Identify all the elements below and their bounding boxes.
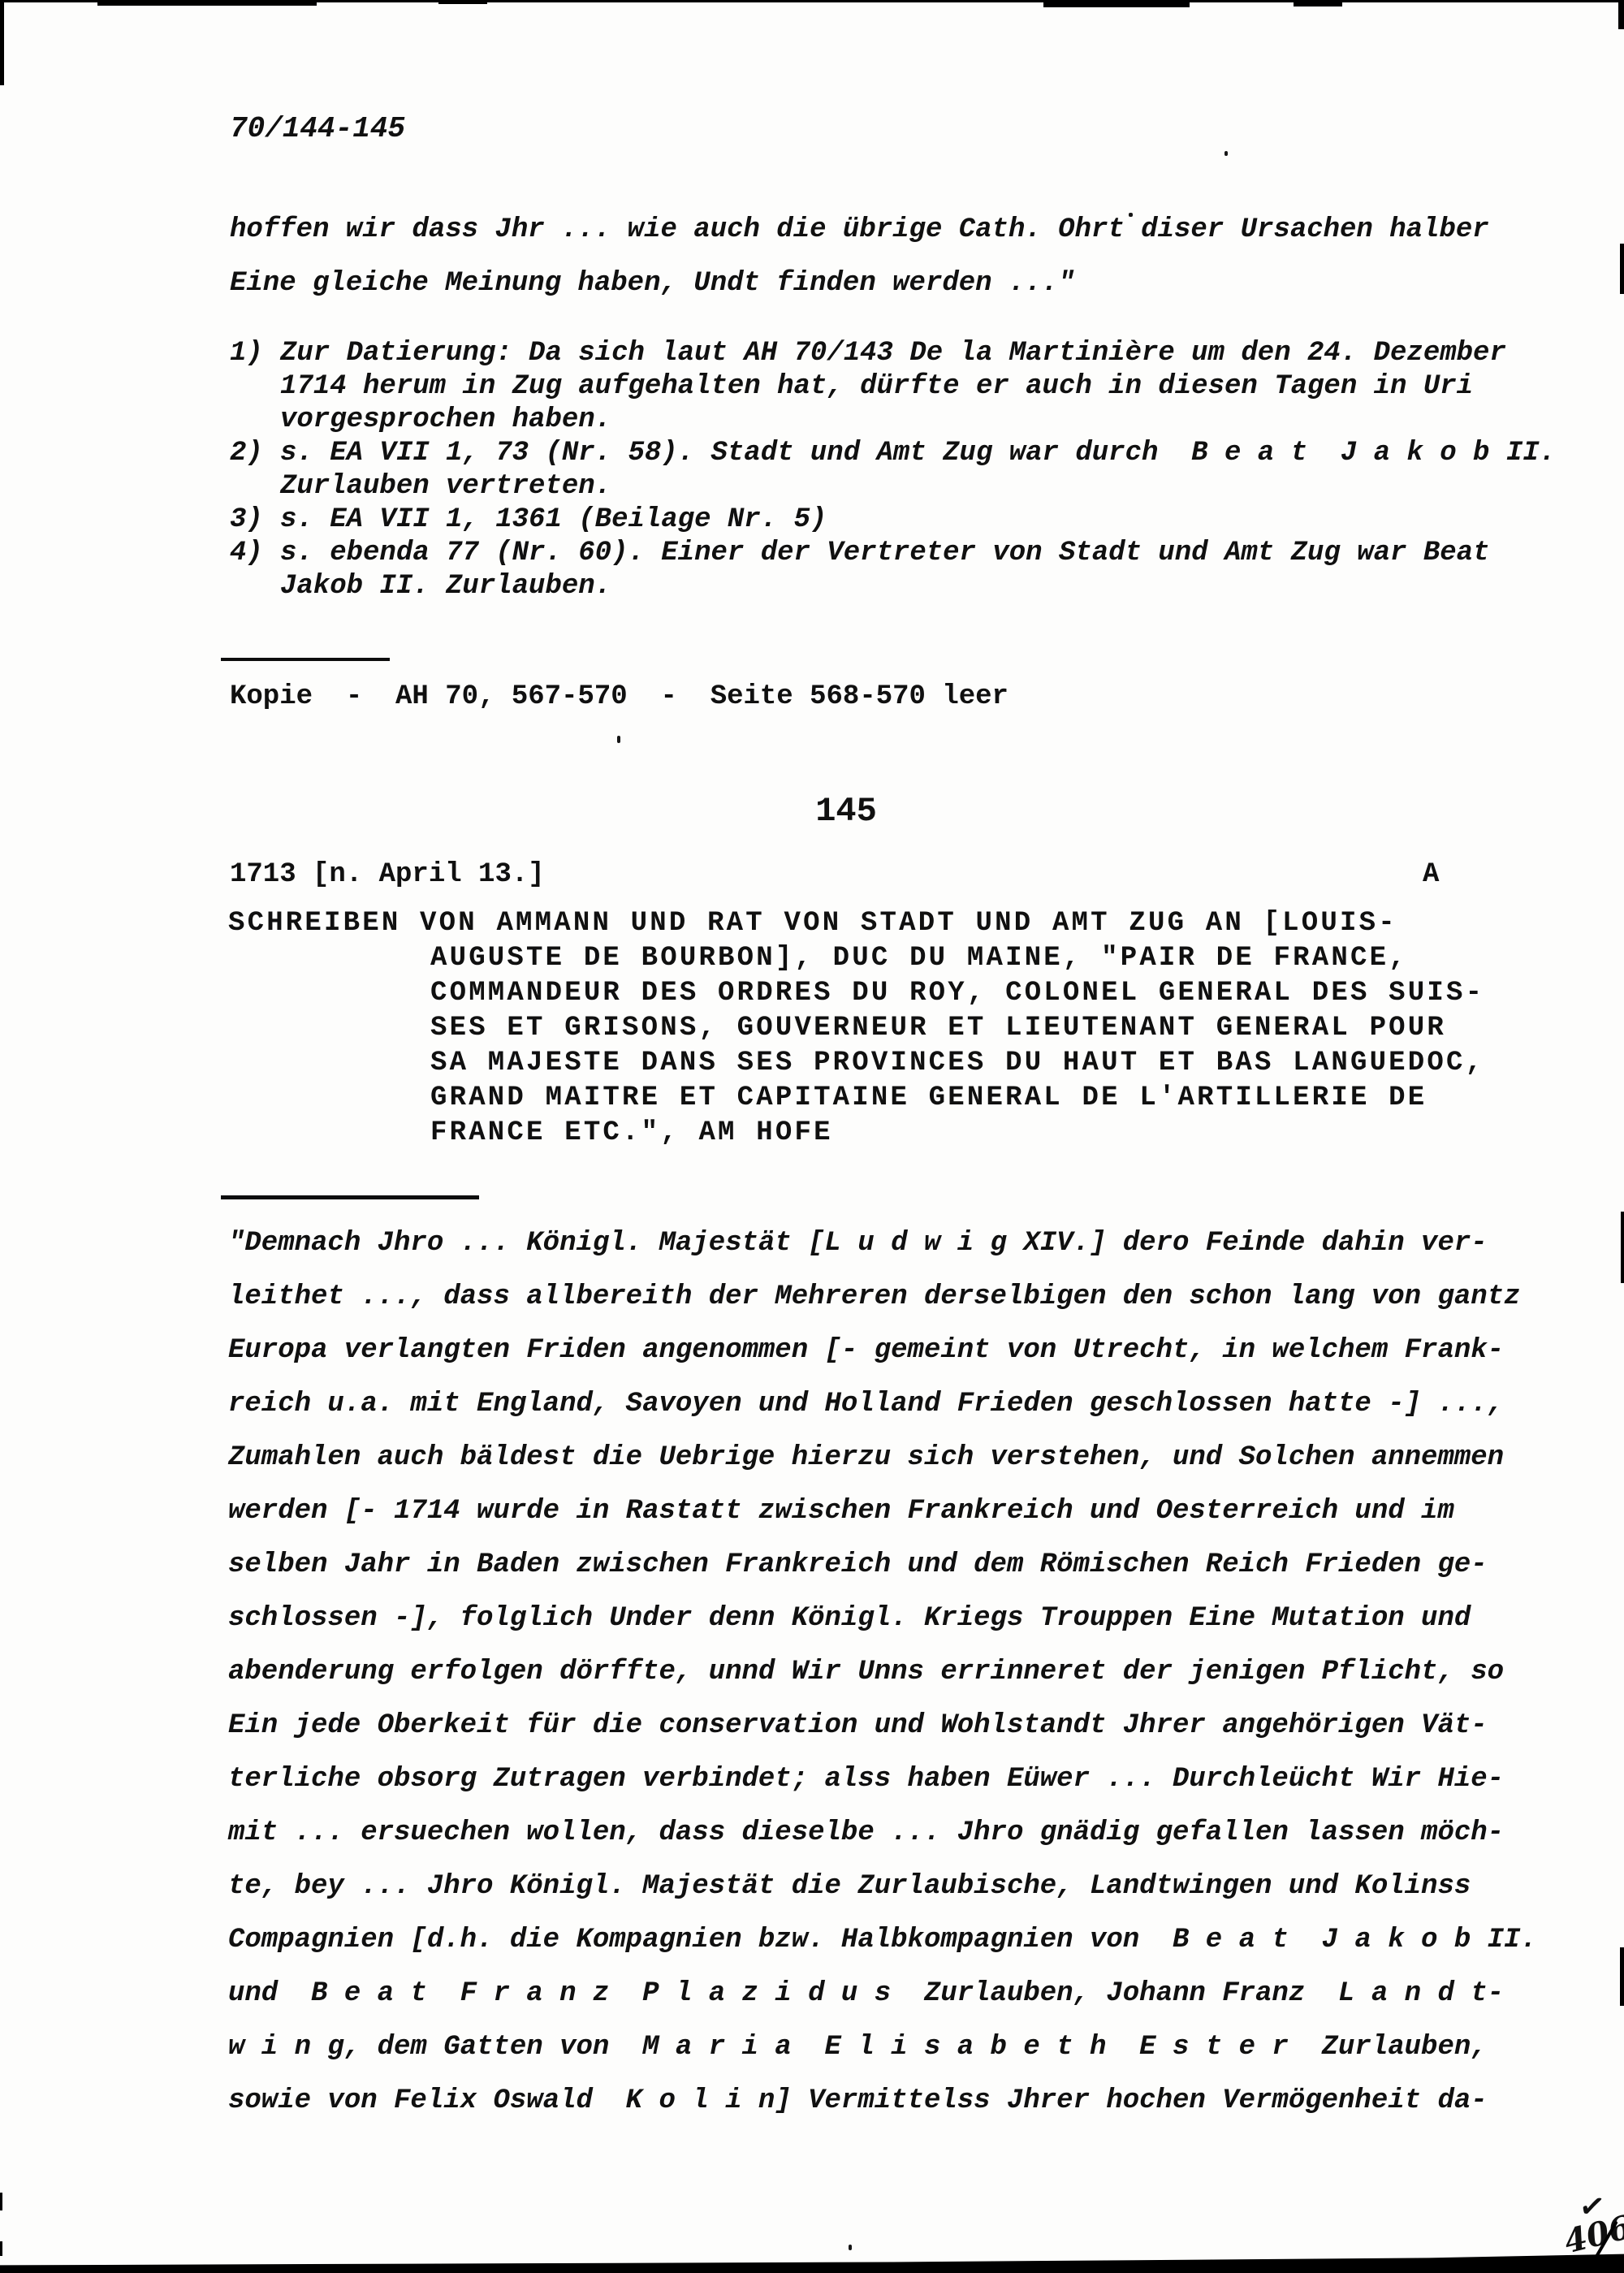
intro-quote-line: hoffen wir dass Jhr ... wie auch die übr… (230, 203, 1489, 257)
footnote-marker: 4) (230, 537, 280, 570)
quote-line: selben Jahr in Baden zwischen Frankreich… (228, 1538, 1537, 1592)
footnote-marker: 3) (230, 503, 280, 537)
quote-line: Compagnien [d.h. die Kompagnien bzw. Hal… (228, 1913, 1537, 1967)
quote-line: Zumahlen auch bäldest die Uebrige hierzu… (228, 1431, 1537, 1484)
heading-line: FRANCE ETC.", AM HOFE (430, 1116, 1484, 1151)
footnote-1: 1)Zur Datierung: Da sich laut AH 70/143 … (230, 337, 1556, 437)
footnote-line: Zurlauben vertreten. (280, 470, 1556, 503)
scan-artifact-top-segment (97, 0, 317, 6)
scan-artifact-right-edge (1620, 1947, 1624, 2006)
scan-speck (849, 2245, 852, 2250)
heading-line: AUGUSTE DE BOURBON], DUC DU MAINE, "PAIR… (430, 941, 1484, 976)
intro-quote-line: Eine gleiche Meinung haben, Undt finden … (230, 257, 1489, 310)
scan-artifact-left-mark (0, 2241, 2, 2256)
date-line: 1713 [n. April 13.] (230, 859, 545, 890)
entry-number: 145 (806, 793, 887, 830)
scan-artifact-right-edge (1621, 1212, 1624, 1283)
heading-line: COMMANDEUR DES ORDRES DU ROY, COLONEL GE… (430, 976, 1484, 1011)
scan-speck (1224, 151, 1228, 156)
divider-rule-quote (221, 1195, 479, 1199)
heading-line: SA MAJESTE DANS SES PROVINCES DU HAUT ET… (430, 1046, 1484, 1081)
footnote-line: 1)Zur Datierung: Da sich laut AH 70/143 … (230, 337, 1556, 370)
document-heading: SCHREIBEN VON AMMANN UND RAT VON STADT U… (228, 906, 1484, 1151)
footnote-line: Jakob II. Zurlauben. (280, 570, 1556, 603)
footnote-text: s. EA VII 1, 73 (Nr. 58). Stadt und Amt … (280, 438, 1556, 469)
footnote-line: 1714 herum in Zug aufgehalten hat, dürft… (280, 370, 1556, 404)
quote-line: sowie von Felix Oswald K o l i n] Vermit… (228, 2074, 1537, 2128)
footnote-line: vorgesprochen haben. (280, 404, 1556, 437)
footnote-text: s. EA VII 1, 1361 (Beilage Nr. 5) (280, 504, 827, 535)
main-quote: "Demnach Jhro ... Königl. Majestät [L u … (228, 1216, 1537, 2128)
footnote-marker: 2) (230, 437, 280, 470)
quote-line: "Demnach Jhro ... Königl. Majestät [L u … (228, 1216, 1537, 1270)
scan-artifact-bottom-edge (0, 2249, 1624, 2273)
footnote-text: Zur Datierung: Da sich laut AH 70/143 De… (280, 338, 1506, 369)
footnote-4: 4)s. ebenda 77 (Nr. 60). Einer der Vertr… (230, 537, 1556, 603)
quote-line: werden [- 1714 wurde in Rastatt zwischen… (228, 1484, 1537, 1538)
footnote-2: 2)s. EA VII 1, 73 (Nr. 58). Stadt und Am… (230, 437, 1556, 503)
quote-line: Europa verlangten Friden angenommen [- g… (228, 1324, 1537, 1377)
scan-artifact-top-segment (1043, 0, 1190, 7)
archive-reference: 70/144-145 (230, 114, 405, 145)
source-copy-line: Kopie - AH 70, 567-570 - Seite 568-570 l… (230, 681, 1009, 713)
handwritten-folio-number: 406 (1561, 2208, 1624, 2262)
quote-line: terliche obsorg Zutragen verbindet; alss… (228, 1752, 1537, 1806)
quote-line: te, bey ... Jhro Königl. Majestät die Zu… (228, 1860, 1537, 1913)
quote-line: leithet ..., dass allbereith der Mehrere… (228, 1270, 1537, 1324)
scan-artifact-left-edge (0, 0, 4, 85)
quote-line: w i n g, dem Gatten von M a r i a E l i … (228, 2020, 1537, 2074)
quote-line: reich u.a. mit England, Savoyen und Holl… (228, 1377, 1537, 1431)
footnote-3: 3)s. EA VII 1, 1361 (Beilage Nr. 5) (230, 503, 1556, 537)
heading-line: GRAND MAITRE ET CAPITAINE GENERAL DE L'A… (430, 1081, 1484, 1116)
footnotes: 1)Zur Datierung: Da sich laut AH 70/143 … (230, 337, 1556, 603)
footnote-marker: 1) (230, 337, 280, 370)
scan-artifact-left-mark (0, 2193, 2, 2210)
quote-line: mit ... ersuechen wollen, dass dieselbe … (228, 1806, 1537, 1860)
footnote-line: 2)s. EA VII 1, 73 (Nr. 58). Stadt und Am… (230, 437, 1556, 470)
footnote-text: s. ebenda 77 (Nr. 60). Einer der Vertret… (280, 538, 1489, 568)
intro-quote: hoffen wir dass Jhr ... wie auch die übr… (230, 203, 1489, 310)
scan-artifact-top-segment (438, 0, 487, 4)
scan-speck (617, 736, 620, 743)
footnote-line: 4)s. ebenda 77 (Nr. 60). Einer der Vertr… (230, 537, 1556, 570)
quote-line: schlossen -], folglich Under denn Königl… (228, 1592, 1537, 1645)
scan-artifact-top-right-corner (1618, 0, 1624, 29)
quote-line: Ein jede Oberkeit für die conservation u… (228, 1699, 1537, 1752)
scan-artifact-top-segment (1294, 0, 1342, 6)
siglum-letter: A (1423, 859, 1439, 890)
heading-line: SES ET GRISONS, GOUVERNEUR ET LIEUTENANT… (430, 1011, 1484, 1046)
quote-line: abenderung erfolgen dörffte, unnd Wir Un… (228, 1645, 1537, 1699)
heading-line: SCHREIBEN VON AMMANN UND RAT VON STADT U… (228, 906, 1484, 941)
quote-line: und B e a t F r a n z P l a z i d u s Zu… (228, 1967, 1537, 2020)
scan-artifact-right-edge (1620, 244, 1624, 294)
scanned-document-page: 70/144-145 hoffen wir dass Jhr ... wie a… (0, 0, 1624, 2273)
divider-rule-top (221, 658, 390, 661)
footnote-line: 3)s. EA VII 1, 1361 (Beilage Nr. 5) (230, 503, 1556, 537)
